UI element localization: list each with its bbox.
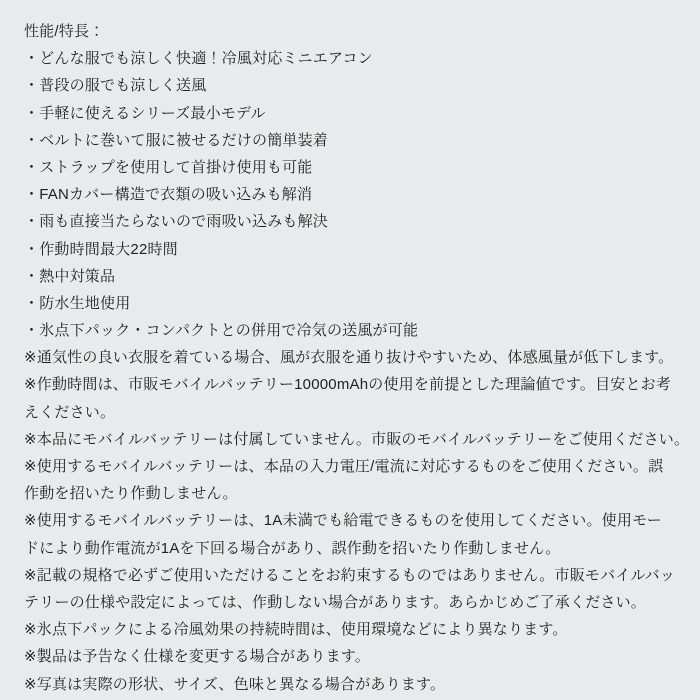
note-line: ※本品にモバイルバッテリーは付属していません。市販のモバイルバッテリーをご使用く… [24, 426, 694, 453]
note-line: テリーの仕様や設定によっては、作動しない場合があります。あらかじめご了承ください… [24, 589, 694, 616]
feature-item: ・FANカバー構造で衣類の吸い込みも解消 [24, 181, 694, 208]
product-description: 性能/特長： ・どんな服でも涼しく快適！冷風対応ミニエアコン ・普段の服でも涼し… [0, 0, 700, 698]
note-line: ※作動時間は、市販モバイルバッテリー10000mAhの使用を前提とした理論値です… [24, 371, 694, 398]
note-line: ※通気性の良い衣服を着ている場合、風が衣服を通り抜けやすいため、体感風量が低下し… [24, 344, 694, 371]
feature-item: ・手軽に使えるシリーズ最小モデル [24, 100, 694, 127]
note-line: ドにより動作電流が1Aを下回る場合があり、誤作動を招いたり作動しません。 [24, 535, 694, 562]
notes-list: ※通気性の良い衣服を着ている場合、風が衣服を通り抜けやすいため、体感風量が低下し… [24, 344, 694, 697]
feature-item: ・普段の服でも涼しく送風 [24, 72, 694, 99]
feature-item: ・ベルトに巻いて服に被せるだけの簡単装着 [24, 127, 694, 154]
feature-item: ・防水生地使用 [24, 290, 694, 317]
feature-item: ・氷点下パック・コンパクトとの併用で冷気の送風が可能 [24, 317, 694, 344]
feature-item: ・ストラップを使用して首掛け使用も可能 [24, 154, 694, 181]
note-line: ※記載の規格で必ずご使用いただけることをお約束するものではありません。市販モバイ… [24, 562, 694, 589]
product-description-page: 性能/特長： ・どんな服でも涼しく快適！冷風対応ミニエアコン ・普段の服でも涼し… [0, 0, 700, 700]
note-line: ※使用するモバイルバッテリーは、本品の入力電圧/電流に対応するものをご使用くださ… [24, 453, 694, 480]
note-line: えください。 [24, 399, 694, 426]
section-heading: 性能/特長： [24, 18, 694, 45]
feature-item: ・どんな服でも涼しく快適！冷風対応ミニエアコン [24, 45, 694, 72]
note-line: 作動を招いたり作動しません。 [24, 480, 694, 507]
feature-item: ・熱中対策品 [24, 263, 694, 290]
note-line: ※写真は実際の形状、サイズ、色味と異なる場合があります。 [24, 671, 694, 698]
feature-item: ・作動時間最大22時間 [24, 236, 694, 263]
feature-item: ・雨も直接当たらないので雨吸い込みも解決 [24, 208, 694, 235]
note-line: ※使用するモバイルバッテリーは、1A未満でも給電できるものを使用してください。使… [24, 507, 694, 534]
feature-list: ・どんな服でも涼しく快適！冷風対応ミニエアコン ・普段の服でも涼しく送風 ・手軽… [24, 45, 694, 344]
note-line: ※製品は予告なく仕様を変更する場合があります。 [24, 643, 694, 670]
note-line: ※氷点下パックによる冷風効果の持続時間は、使用環境などにより異なります。 [24, 616, 694, 643]
